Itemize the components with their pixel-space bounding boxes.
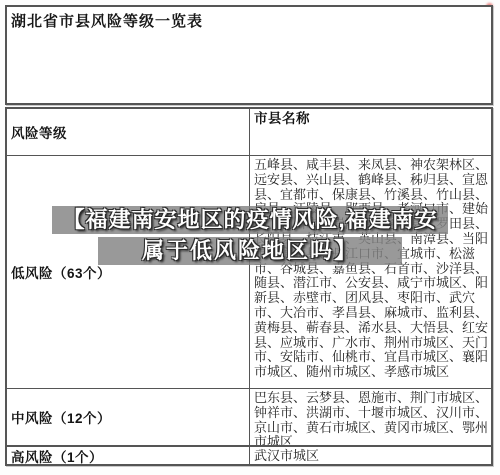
risk-table: 风险等级 市县名称 低风险（63个） 五峰县、咸丰县、来凤县、神农架林区、远安县… bbox=[5, 107, 493, 466]
title-box: 湖北省市县风险等级一览表 bbox=[5, 5, 493, 105]
medium-risk-label: 中风险（12个） bbox=[7, 389, 250, 445]
page-title: 湖北省市县风险等级一览表 bbox=[7, 7, 491, 34]
table-row-high-risk: 高风险（1个） 武汉市城区 bbox=[7, 445, 491, 464]
high-risk-regions: 武汉市城区 bbox=[250, 447, 491, 464]
medium-risk-regions: 巴东县、云梦县、恩施市、荆门市城区、钟祥市、洪湖市、十堰市城区、汉川市、京山市、… bbox=[250, 389, 491, 445]
column-header-region-name: 市县名称 bbox=[250, 109, 491, 155]
column-header-risk-level: 风险等级 bbox=[7, 109, 250, 155]
table-header-row: 风险等级 市县名称 bbox=[7, 109, 491, 155]
low-risk-regions: 五峰县、咸丰县、来凤县、神农架林区、远安县、兴山县、鹤峰县、秭归县、宣恩县、宜都… bbox=[250, 156, 491, 388]
table-row-low-risk: 低风险（63个） 五峰县、咸丰县、来凤县、神农架林区、远安县、兴山县、鹤峰县、秭… bbox=[7, 155, 491, 388]
high-risk-label: 高风险（1个） bbox=[7, 447, 250, 464]
table-row-medium-risk: 中风险（12个） 巴东县、云梦县、恩施市、荆门市城区、钟祥市、洪湖市、十堰市城区… bbox=[7, 388, 491, 445]
page: 湖北省市县风险等级一览表 风险等级 市县名称 低风险（63个） 五峰县、咸丰县、… bbox=[0, 0, 500, 475]
low-risk-label: 低风险（63个） bbox=[7, 156, 250, 388]
